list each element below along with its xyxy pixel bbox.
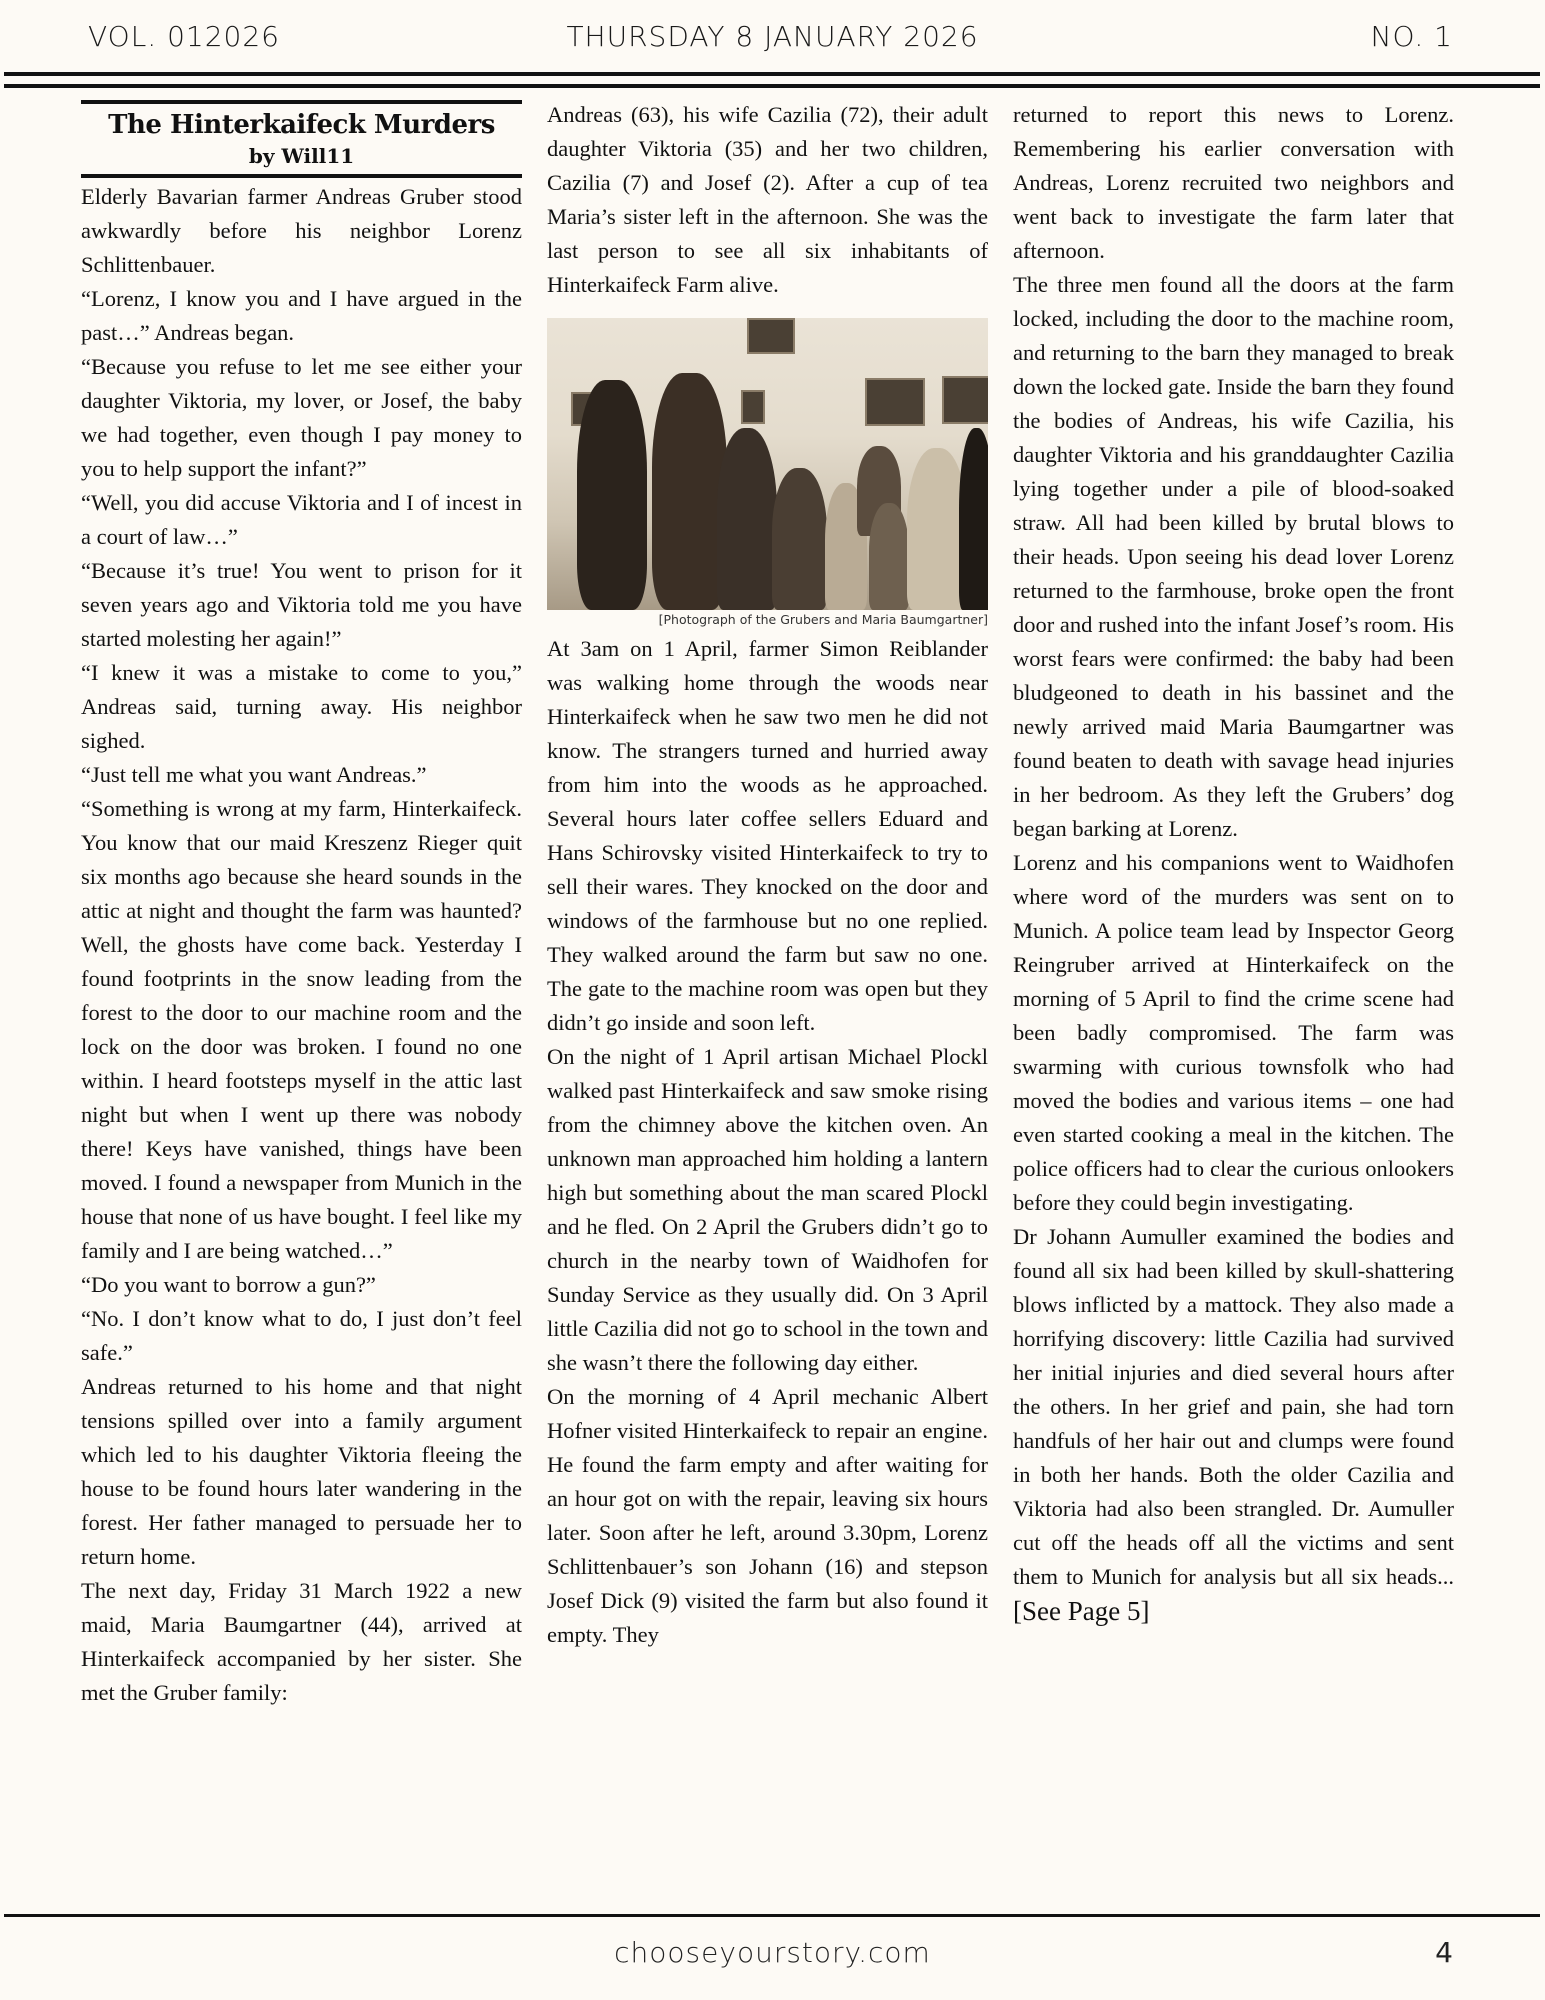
- article-title: The Hinterkaifeck Murders: [81, 108, 522, 142]
- photo-horse: [652, 373, 727, 610]
- masthead-divider-bottom: [4, 84, 1540, 88]
- masthead: VOL. 012026 THURSDAY 8 JANUARY 2026 NO. …: [0, 0, 1545, 70]
- paragraph: Lorenz and his companions went to Waidho…: [1013, 846, 1454, 1220]
- photo-person: [907, 448, 967, 610]
- paragraph: The next day, Friday 31 March 1922 a new…: [81, 1574, 522, 1710]
- photo-window: [747, 318, 795, 354]
- article-column-1: The Hinterkaifeck Murders by Will11 Elde…: [81, 98, 522, 1710]
- issue-number: NO. 1: [1371, 20, 1453, 53]
- paragraph: “Well, you did accuse Viktoria and I of …: [81, 486, 522, 554]
- paragraph: “Lorenz, I know you and I have argued in…: [81, 282, 522, 350]
- paragraph: “Something is wrong at my farm, Hinterka…: [81, 792, 522, 1268]
- photo-person: [959, 428, 988, 610]
- paragraph: “Just tell me what you want Andreas.”: [81, 758, 522, 792]
- paragraph: “No. I don’t know what to do, I just don…: [81, 1302, 522, 1370]
- paragraph: The three men found all the doors at the…: [1013, 268, 1454, 846]
- paragraph: returned to report this news to Lorenz. …: [1013, 98, 1454, 268]
- footer-divider: [4, 1914, 1540, 1917]
- photo-window: [865, 378, 925, 426]
- paragraph-text: Dr Johann Aumuller examined the bodies a…: [1013, 1224, 1454, 1589]
- photo-horse: [577, 380, 647, 610]
- photograph-image: [547, 318, 988, 610]
- paragraph: Andreas returned to his home and that ni…: [81, 1370, 522, 1574]
- paragraph: At 3am on 1 April, farmer Simon Reibland…: [547, 632, 988, 1040]
- paragraph: “I knew it was a mistake to come to you,…: [81, 656, 522, 758]
- paragraph: Andreas (63), his wife Cazilia (72), the…: [547, 98, 988, 302]
- photo-person: [717, 428, 777, 610]
- paragraph: Dr Johann Aumuller examined the bodies a…: [1013, 1220, 1454, 1630]
- paragraph: “Do you want to borrow a gun?”: [81, 1268, 522, 1302]
- photo-window: [942, 376, 988, 424]
- article-header: The Hinterkaifeck Murders by Will11: [81, 100, 522, 178]
- website-link[interactable]: chooseyourstory.com: [0, 1936, 1545, 1969]
- article-byline: by Will11: [81, 142, 522, 170]
- masthead-divider-top: [4, 72, 1540, 76]
- page-number: 4: [1435, 1936, 1453, 1969]
- continuation-link[interactable]: [See Page 5]: [1013, 1596, 1149, 1626]
- paragraph: “Because you refuse to let me see either…: [81, 350, 522, 486]
- photo-caption: [Photograph of the Grubers and Maria Bau…: [547, 610, 988, 630]
- photo-person: [869, 503, 909, 610]
- paragraph: On the morning of 4 April mechanic Alber…: [547, 1380, 988, 1652]
- issue-date: THURSDAY 8 JANUARY 2026: [0, 20, 1545, 53]
- paragraph: Elderly Bavarian farmer Andreas Gruber s…: [81, 180, 522, 282]
- photo-person: [772, 468, 827, 610]
- photo-window: [741, 390, 765, 424]
- article-column-2: Andreas (63), his wife Cazilia (72), the…: [547, 98, 988, 1652]
- paragraph: “Because it’s true! You went to prison f…: [81, 554, 522, 656]
- article-column-3: returned to report this news to Lorenz. …: [1013, 98, 1454, 1630]
- paragraph: On the night of 1 April artisan Michael …: [547, 1040, 988, 1380]
